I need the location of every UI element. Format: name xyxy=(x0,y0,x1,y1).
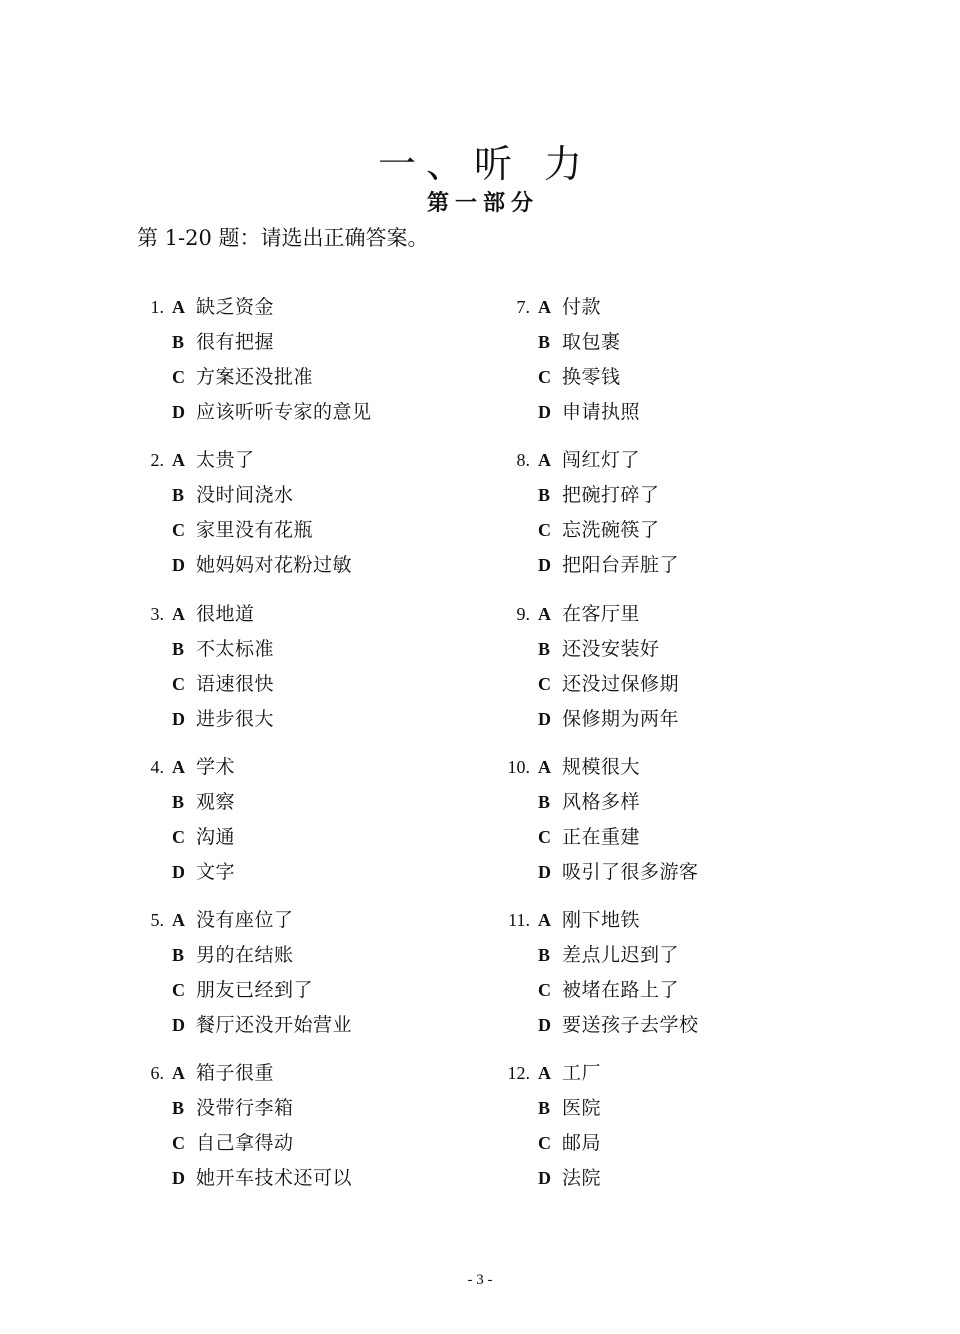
option-text: 男的在结账 xyxy=(196,944,294,966)
question-item: 12. A工厂 B医院 C邮局 D法院 xyxy=(496,1060,826,1213)
option-text: 进步很大 xyxy=(196,708,274,730)
question-item: 5. A没有座位了 B男的在结账 C朋友已经到了 D餐厅还没开始营业 xyxy=(130,907,460,1060)
option-letter: D xyxy=(172,859,196,885)
option-text: 正在重建 xyxy=(562,826,640,848)
option-letter: B xyxy=(538,636,562,662)
option-letter: A xyxy=(172,907,196,933)
option-c: C家里没有花瓶 xyxy=(172,517,313,543)
option-c: C自己拿得动 xyxy=(172,1130,294,1156)
option-text: 被堵在路上了 xyxy=(562,979,679,1001)
part-title: 第一部分 xyxy=(0,186,960,217)
option-c: C被堵在路上了 xyxy=(538,977,679,1003)
question-item: 4. A学术 B观察 C沟通 D文字 xyxy=(130,754,460,907)
option-a: A刚下地铁 xyxy=(538,907,640,933)
option-text: 太贵了 xyxy=(196,449,255,471)
option-text: 箱子很重 xyxy=(196,1062,274,1084)
option-text: 不太标准 xyxy=(196,638,274,660)
option-letter: B xyxy=(172,636,196,662)
option-text: 工厂 xyxy=(562,1062,601,1084)
option-a: A缺乏资金 xyxy=(172,294,274,320)
option-letter: A xyxy=(538,447,562,473)
option-letter: C xyxy=(172,364,196,390)
option-letter: A xyxy=(172,754,196,780)
option-d: D文字 xyxy=(172,859,235,885)
option-c: C语速很快 xyxy=(172,671,274,697)
question-item: 8. A闯红灯了 B把碗打碎了 C忘洗碗筷了 D把阳台弄脏了 xyxy=(496,447,826,600)
option-letter: C xyxy=(538,671,562,697)
instruction-text: 第 1-20 题：请选出正确答案。 xyxy=(137,222,429,252)
option-a: A学术 xyxy=(172,754,235,780)
option-letter: A xyxy=(172,1060,196,1086)
option-text: 应该听听专家的意见 xyxy=(196,401,372,423)
option-text: 付款 xyxy=(562,296,601,318)
option-a: A付款 xyxy=(538,294,601,320)
question-number: 4. xyxy=(130,754,164,780)
option-d: D法院 xyxy=(538,1165,601,1191)
option-letter: C xyxy=(538,364,562,390)
option-letter: C xyxy=(172,671,196,697)
option-text: 邮局 xyxy=(562,1132,601,1154)
option-text: 换零钱 xyxy=(562,366,621,388)
option-b: B没带行李箱 xyxy=(172,1095,294,1121)
option-a: A没有座位了 xyxy=(172,907,294,933)
question-number: 8. xyxy=(496,447,530,473)
option-letter: A xyxy=(538,754,562,780)
option-letter: C xyxy=(538,824,562,850)
option-d: D她妈妈对花粉过敏 xyxy=(172,552,352,578)
option-b: B男的在结账 xyxy=(172,942,294,968)
option-text: 文字 xyxy=(196,861,235,883)
option-text: 很有把握 xyxy=(196,331,274,353)
option-letter: A xyxy=(538,294,562,320)
question-item: 6. A箱子很重 B没带行李箱 C自己拿得动 D她开车技术还可以 xyxy=(130,1060,460,1213)
option-letter: C xyxy=(538,977,562,1003)
question-number: 5. xyxy=(130,907,164,933)
option-text: 观察 xyxy=(196,791,235,813)
option-text: 餐厅还没开始营业 xyxy=(196,1014,352,1036)
option-c: C还没过保修期 xyxy=(538,671,679,697)
option-letter: B xyxy=(172,329,196,355)
option-d: D要送孩子去学校 xyxy=(538,1012,699,1038)
option-letter: C xyxy=(172,1130,196,1156)
option-letter: D xyxy=(172,399,196,425)
question-item: 3. A很地道 B不太标准 C语速很快 D进步很大 xyxy=(130,601,460,754)
option-b: B差点儿迟到了 xyxy=(538,942,679,968)
option-text: 把碗打碎了 xyxy=(562,484,660,506)
option-text: 没带行李箱 xyxy=(196,1097,294,1119)
option-letter: D xyxy=(538,706,562,732)
option-text: 把阳台弄脏了 xyxy=(562,554,679,576)
option-d: D应该听听专家的意见 xyxy=(172,399,372,425)
option-text: 方案还没批准 xyxy=(196,366,313,388)
option-letter: C xyxy=(538,1130,562,1156)
option-a: A箱子很重 xyxy=(172,1060,274,1086)
question-number: 2. xyxy=(130,447,164,473)
option-b: B把碗打碎了 xyxy=(538,482,660,508)
option-letter: B xyxy=(172,482,196,508)
option-text: 家里没有花瓶 xyxy=(196,519,313,541)
option-letter: D xyxy=(172,1165,196,1191)
option-letter: A xyxy=(538,1060,562,1086)
option-text: 保修期为两年 xyxy=(562,708,679,730)
option-letter: B xyxy=(538,789,562,815)
page-number: - 3 - xyxy=(0,1272,960,1289)
option-c: C换零钱 xyxy=(538,364,621,390)
option-a: A工厂 xyxy=(538,1060,601,1086)
question-item: 9. A在客厅里 B还没安装好 C还没过保修期 D保修期为两年 xyxy=(496,601,826,754)
option-c: C朋友已经到了 xyxy=(172,977,313,1003)
option-d: D把阳台弄脏了 xyxy=(538,552,679,578)
question-number: 1. xyxy=(130,294,164,320)
question-number: 11. xyxy=(496,907,530,933)
question-number: 6. xyxy=(130,1060,164,1086)
option-text: 吸引了很多游客 xyxy=(562,861,699,883)
option-text: 差点儿迟到了 xyxy=(562,944,679,966)
option-text: 申请执照 xyxy=(562,401,640,423)
option-letter: B xyxy=(538,942,562,968)
option-letter: C xyxy=(172,517,196,543)
question-number: 7. xyxy=(496,294,530,320)
option-c: C方案还没批准 xyxy=(172,364,313,390)
option-letter: C xyxy=(172,824,196,850)
option-text: 医院 xyxy=(562,1097,601,1119)
option-letter: B xyxy=(538,1095,562,1121)
option-text: 闯红灯了 xyxy=(562,449,640,471)
option-a: A规模很大 xyxy=(538,754,640,780)
option-text: 没时间浇水 xyxy=(196,484,294,506)
option-letter: B xyxy=(538,482,562,508)
option-letter: A xyxy=(538,907,562,933)
option-d: D进步很大 xyxy=(172,706,274,732)
option-letter: C xyxy=(538,517,562,543)
option-text: 她开车技术还可以 xyxy=(196,1167,352,1189)
option-letter: B xyxy=(538,329,562,355)
option-b: B观察 xyxy=(172,789,235,815)
option-letter: D xyxy=(538,552,562,578)
option-text: 还没安装好 xyxy=(562,638,660,660)
option-letter: D xyxy=(172,706,196,732)
option-c: C沟通 xyxy=(172,824,235,850)
option-b: B还没安装好 xyxy=(538,636,660,662)
option-b: B取包裹 xyxy=(538,329,621,355)
option-c: C忘洗碗筷了 xyxy=(538,517,660,543)
option-d: D吸引了很多游客 xyxy=(538,859,699,885)
question-number: 12. xyxy=(496,1060,530,1086)
option-text: 忘洗碗筷了 xyxy=(562,519,660,541)
option-text: 学术 xyxy=(196,756,235,778)
option-letter: B xyxy=(172,942,196,968)
option-b: B风格多样 xyxy=(538,789,640,815)
option-text: 缺乏资金 xyxy=(196,296,274,318)
option-c: C邮局 xyxy=(538,1130,601,1156)
option-letter: D xyxy=(172,1012,196,1038)
option-letter: D xyxy=(538,859,562,885)
option-text: 法院 xyxy=(562,1167,601,1189)
option-text: 朋友已经到了 xyxy=(196,979,313,1001)
option-letter: D xyxy=(172,552,196,578)
option-text: 在客厅里 xyxy=(562,603,640,625)
option-b: B很有把握 xyxy=(172,329,274,355)
option-text: 风格多样 xyxy=(562,791,640,813)
option-letter: A xyxy=(172,601,196,627)
option-d: D申请执照 xyxy=(538,399,640,425)
option-text: 没有座位了 xyxy=(196,909,294,931)
question-item: 11. A刚下地铁 B差点儿迟到了 C被堵在路上了 D要送孩子去学校 xyxy=(496,907,826,1060)
option-text: 沟通 xyxy=(196,826,235,848)
option-letter: B xyxy=(172,1095,196,1121)
option-letter: C xyxy=(172,977,196,1003)
option-text: 很地道 xyxy=(196,603,255,625)
option-letter: B xyxy=(172,789,196,815)
question-item: 1. A缺乏资金 B很有把握 C方案还没批准 D应该听听专家的意见 xyxy=(130,294,460,447)
option-b: B不太标准 xyxy=(172,636,274,662)
option-a: A闯红灯了 xyxy=(538,447,640,473)
option-a: A在客厅里 xyxy=(538,601,640,627)
left-question-column: 1. A缺乏资金 B很有把握 C方案还没批准 D应该听听专家的意见 2. A太贵… xyxy=(130,294,460,1214)
option-letter: A xyxy=(172,294,196,320)
question-number: 10. xyxy=(496,754,530,780)
option-a: A很地道 xyxy=(172,601,255,627)
option-b: B没时间浇水 xyxy=(172,482,294,508)
option-text: 自己拿得动 xyxy=(196,1132,294,1154)
question-item: 7. A付款 B取包裹 C换零钱 D申请执照 xyxy=(496,294,826,447)
option-letter: D xyxy=(538,1012,562,1038)
option-letter: D xyxy=(538,1165,562,1191)
option-letter: A xyxy=(538,601,562,627)
option-text: 取包裹 xyxy=(562,331,621,353)
section-title: 一、听 力 xyxy=(0,133,960,188)
option-letter: D xyxy=(538,399,562,425)
option-text: 她妈妈对花粉过敏 xyxy=(196,554,352,576)
option-d: D她开车技术还可以 xyxy=(172,1165,352,1191)
option-text: 规模很大 xyxy=(562,756,640,778)
option-text: 要送孩子去学校 xyxy=(562,1014,699,1036)
option-text: 刚下地铁 xyxy=(562,909,640,931)
question-item: 10. A规模很大 B风格多样 C正在重建 D吸引了很多游客 xyxy=(496,754,826,907)
question-number: 9. xyxy=(496,601,530,627)
question-number: 3. xyxy=(130,601,164,627)
option-letter: A xyxy=(172,447,196,473)
option-text: 语速很快 xyxy=(196,673,274,695)
question-item: 2. A太贵了 B没时间浇水 C家里没有花瓶 D她妈妈对花粉过敏 xyxy=(130,447,460,600)
option-b: B医院 xyxy=(538,1095,601,1121)
option-a: A太贵了 xyxy=(172,447,255,473)
option-d: D保修期为两年 xyxy=(538,706,679,732)
option-text: 还没过保修期 xyxy=(562,673,679,695)
right-question-column: 7. A付款 B取包裹 C换零钱 D申请执照 8. A闯红灯了 B把碗打碎了 C… xyxy=(496,294,826,1214)
option-d: D餐厅还没开始营业 xyxy=(172,1012,352,1038)
option-c: C正在重建 xyxy=(538,824,640,850)
